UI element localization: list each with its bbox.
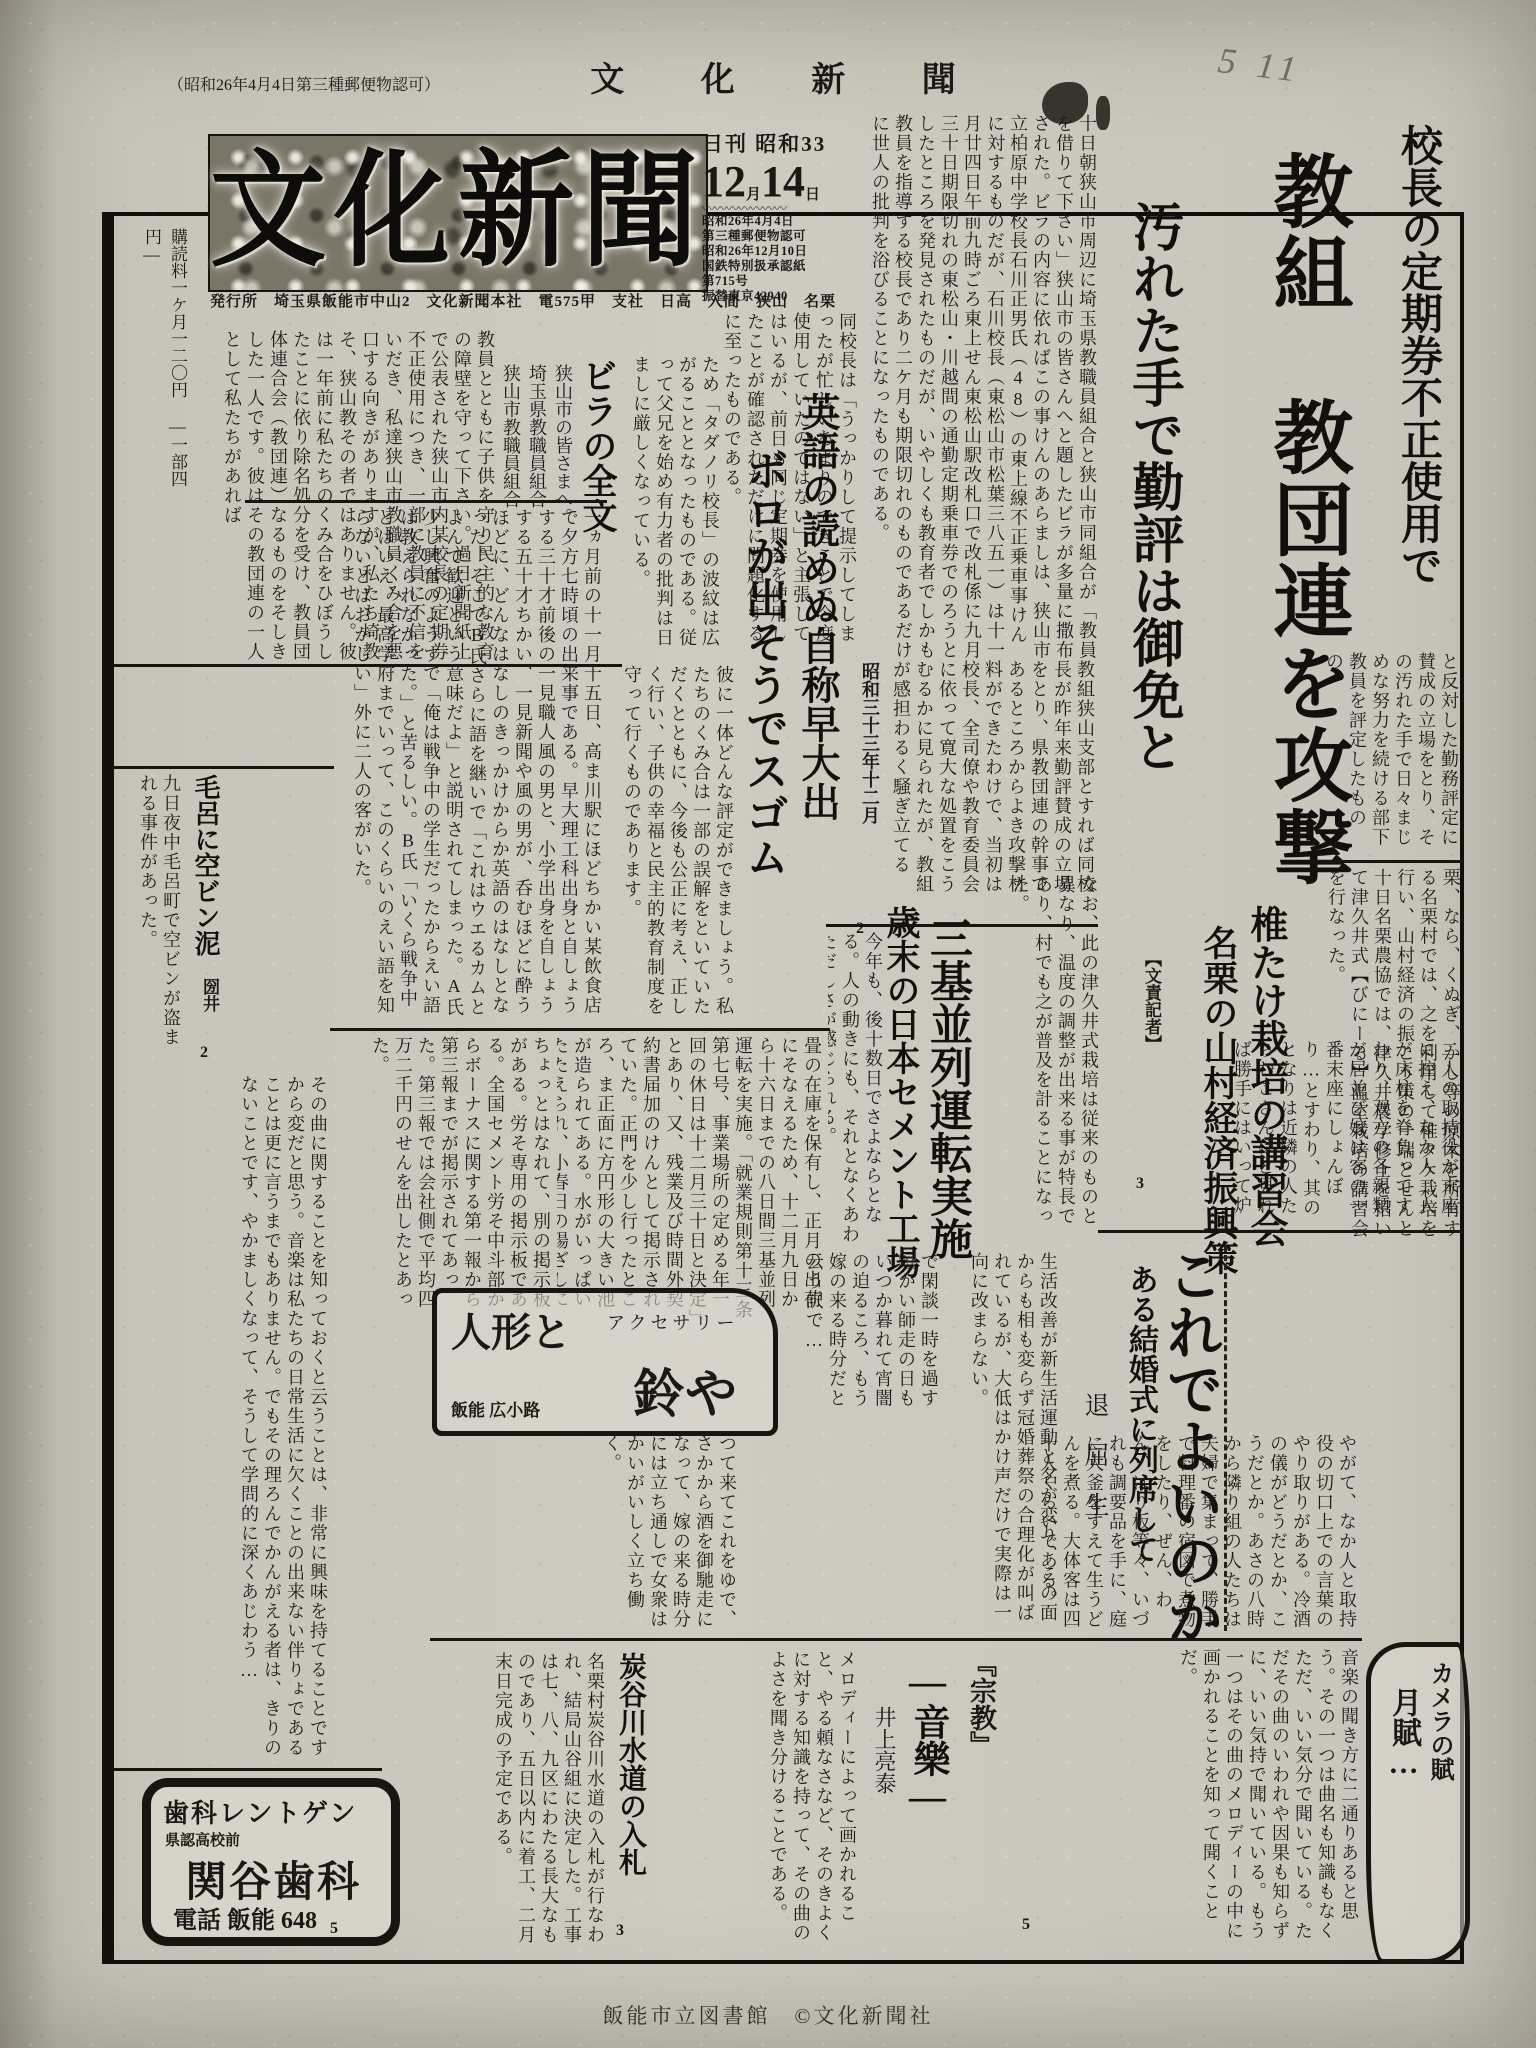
footer-library-credit: 飯能市立図書館 ©文化新聞社 — [0, 2000, 1536, 2030]
shiitake-credit: 【文責記者】 — [1130, 950, 1164, 1165]
subscription-price: 購読料一ケ月一二〇円 ―一部四円― — [138, 228, 190, 498]
suidou-headline: 炭谷川水道の入札 — [612, 1652, 650, 1917]
page-number-5a: 5 — [1022, 1916, 1030, 1934]
suzuya-ad-address: 飯能 広小路 — [451, 1396, 540, 1421]
page-number-3a: 3 — [1136, 1175, 1144, 1193]
kore-body-c: やがて、なか人と取持役の切口上での言葉のやり取りがある。冷酒の儀がどうだとか、こ… — [744, 1434, 1358, 1632]
suzuya-ad-line2: アクセサリー — [607, 1309, 738, 1335]
moro-headline: 毛呂に空ビン泥 — [188, 774, 224, 969]
daily-edition-label: 日刊 昭和33 — [702, 128, 864, 158]
moro-byline: 圀井 — [196, 978, 222, 1038]
eigo-headline-2: ボロが出そうでスゴム — [740, 448, 794, 913]
eigo-body: 一ヵ月前の十一月十五日、高ま川駅にほどちかい某飲食店で夕方七時頃の出来事である。… — [245, 508, 603, 1020]
rule-above-cement-body — [330, 1028, 830, 1031]
page-top-title: 文 化 新 聞 — [560, 52, 1020, 96]
ongaku-body-3: その曲に関することを知っておくと云うことは、非常に興味を持てることですから変だと… — [115, 1075, 329, 1760]
camera-ad-box: カメラの賦 月賦… — [1366, 1642, 1470, 1964]
rule-above-moro — [112, 766, 334, 769]
permit-lines: 昭和26年4月4日 第三種郵便物認可 昭和26年12月10日 国鉄特別扱承認紙 … — [702, 214, 864, 304]
sekiya-ad-line2: 県認高校前 — [165, 1829, 240, 1850]
date-box: 日刊 昭和33 12 月 14 日 〰〰〰〰〰〰〰 昭和26年4月4日 第三種郵… — [702, 128, 864, 308]
main-article-body-1: 十日朝狭山市周辺に埼玉県教職員組合と狭山市同組合が「教員を借りて下さい」狭山市の… — [856, 114, 1098, 660]
wavy-divider: 〰〰〰〰〰〰〰 — [702, 204, 864, 214]
kore-feast: つて来てこれをゆで、さかから酒を御馳走になって、嫁の来る時分には立ち通しで女衆は… — [432, 1434, 738, 1632]
postal-permit-notice: （昭和26年4月4日第三種郵便物認可） — [168, 72, 628, 96]
price-line1: 購読料一ケ月一二〇円 — [168, 228, 187, 398]
month-number: 12 — [702, 160, 746, 204]
suidou-body: 名栗村炭谷川水道の入札が行なわれ、結局山谷組に決定した。工事は七、八、九区にわた… — [432, 1652, 606, 1952]
ongaku-author: 井上亮泰 — [864, 1706, 900, 1861]
newspaper-logo: 文化新聞 — [210, 150, 706, 275]
suzuya-ad-box: 人形と アクセサリー 鈴や 飯能 広小路 — [432, 1288, 778, 1436]
sekiya-ad-line1: 歯科レントゲン — [163, 1793, 357, 1830]
day-unit: 日 — [805, 183, 820, 204]
main-article-body-3: と反対した勤務評定に賛成の立場をとり、その汚れた手で日々まじめな努力を続ける部下… — [1312, 652, 1460, 857]
ongaku-title: 『宗教』 — [955, 1650, 1001, 1830]
masthead-logo-box: 文化新聞 — [208, 134, 708, 292]
page-number-3b: 3 — [616, 1922, 624, 1940]
ongaku-body-1: 音楽の聞き方に二通りあると思う。その一つは曲名も知識もなくただ、いい気分で聞いて… — [1012, 1648, 1360, 1950]
sekiya-ad-tel: 電話 飯能 648 — [173, 1900, 317, 1935]
rule-above-eigo — [245, 500, 607, 503]
eigo-headline-1: 英語の読めぬ自称早大出 — [793, 392, 845, 862]
main-article-body-2c: 彼に一体どんな評定ができましょう。私たちのくみ合は一部の誤解をといていただくとと… — [615, 665, 735, 1025]
main-article-subhead: 汚れた手で勤評は御免と — [1118, 200, 1190, 805]
cement-body-2: ちょっとはなれて、別の掲示板がある。労そ専用の掲示板である。全国セメント労そ中斗… — [330, 1036, 552, 1318]
kore-intro: 二人の取持役が末座に控え、なか人二人が床柱を脊負ってすわり、双方の各親類が居並び… — [1235, 1040, 1460, 1225]
cement-headline-2: 歳末の日本セメント工場 — [876, 905, 924, 1290]
main-article-body-2b: 教組狭山支部とすれば同校長が昨年来勤評賛成の立場をとり、県教団連の幹事であるとこ… — [890, 660, 1096, 902]
page-number-2b: 2 — [200, 1044, 208, 1062]
rule-above-bottom-band — [430, 1638, 1362, 1641]
shiitake-body-left: なお、此の津久井式栽培は従来のものと異なり、温度の調整が出来る事が特長であり、村… — [1000, 875, 1100, 1240]
date-line: 12 月 14 日 — [702, 160, 864, 204]
cement-headline-1: 三基並列運転実施 — [922, 916, 978, 1278]
camera-ad-line1: カメラの賦 — [1422, 1661, 1457, 1941]
main-article-body-tadanori: ため「タダノリ校長」の波紋は広がることとなったものである。従って父兄を始め有力者… — [607, 355, 721, 660]
rule-right-top — [1310, 860, 1462, 863]
camera-ad-line2: 月賦… — [1381, 1687, 1425, 1927]
suzuya-ad-name: 鈴や — [633, 1352, 737, 1427]
suzuya-ad-line1: 人形と — [451, 1301, 571, 1358]
page-number-5b: 5 — [330, 1920, 338, 1938]
ink-smudge-small — [1096, 96, 1110, 130]
moro-body: 九日夜中毛呂町で空ビンが盗まれる事件があった。 — [118, 774, 182, 1064]
ongaku-subtitle: ―音樂― — [902, 1662, 954, 1882]
sekiya-ad-box: 歯科レントゲン 県認高校前 関谷歯科 電話 飯能 648 — [142, 1778, 400, 1946]
ongaku-body-2: メロディーによって画かれること、やる頼なさなど、そのきよくに対する知識を持って、… — [652, 1650, 858, 1950]
day-number: 14 — [761, 160, 805, 204]
rule-above-kore — [1098, 1230, 1462, 1233]
main-article-dateline: 昭和三十三年十二月 — [851, 662, 883, 907]
main-article-kicker: 校長の定期券不正使用で — [1384, 124, 1448, 636]
rule-above-sekiya — [112, 1768, 382, 1771]
